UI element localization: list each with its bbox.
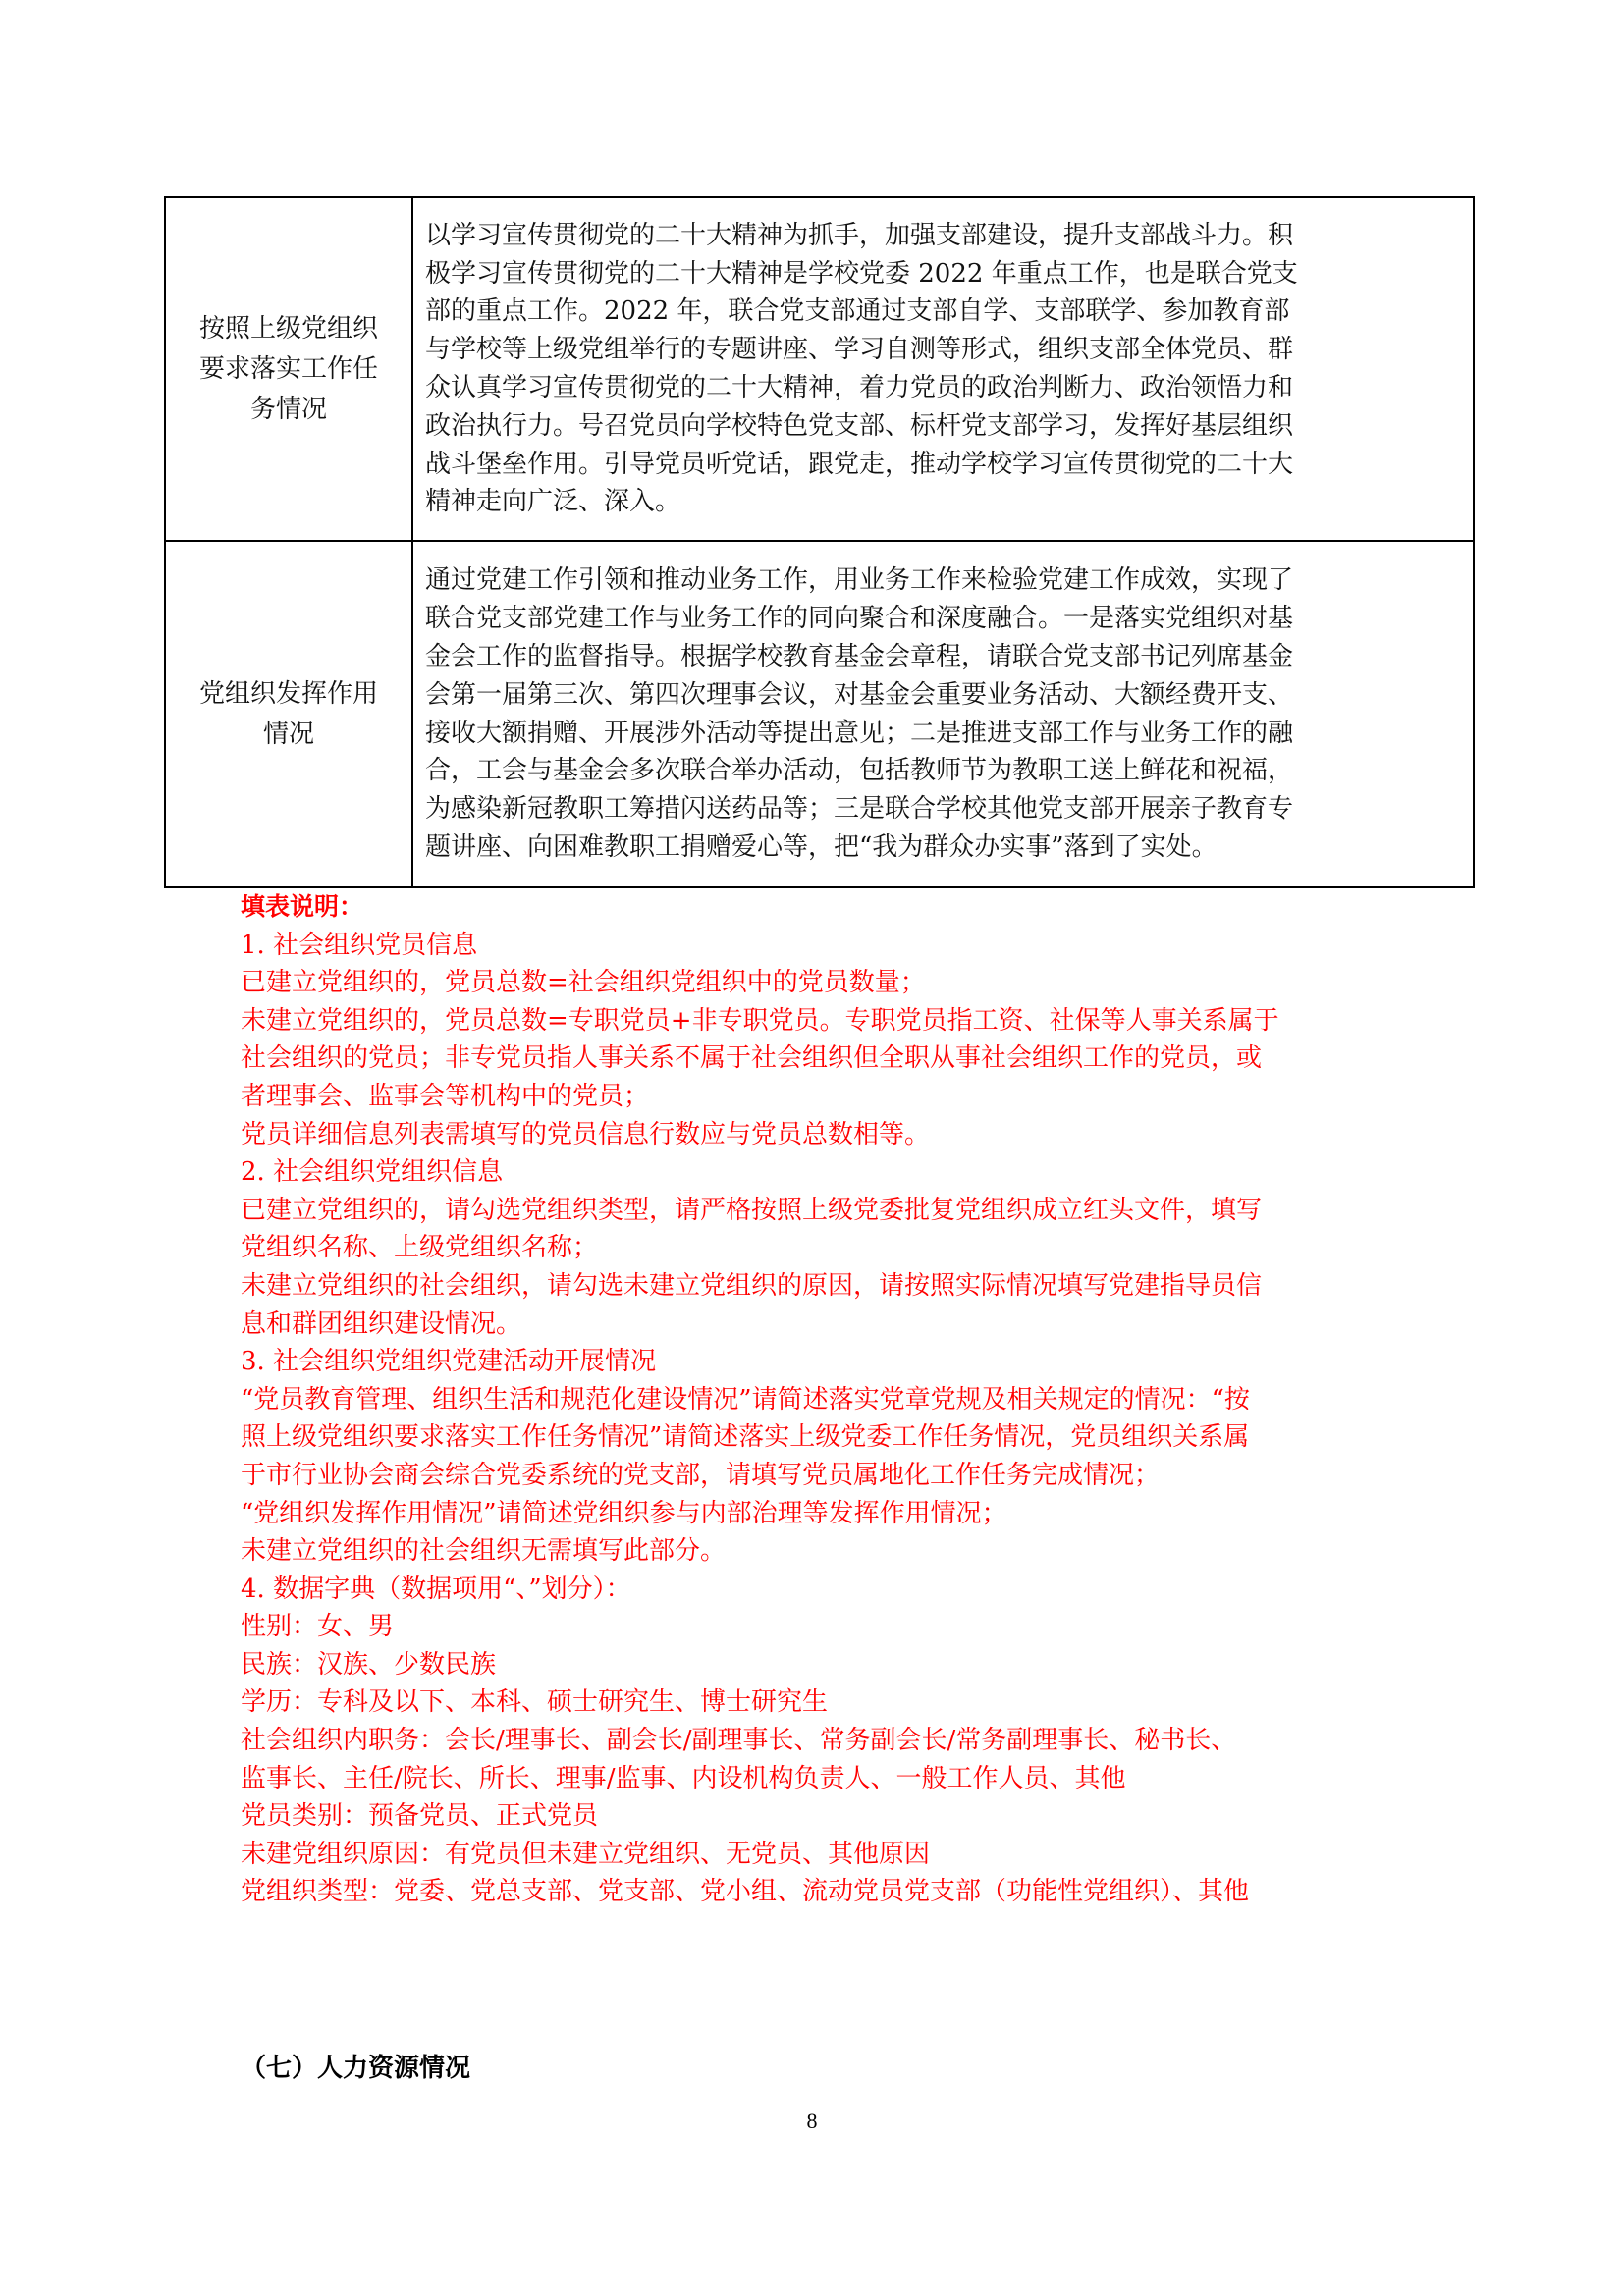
content-line: 题讲座、向困难教职工捐赠爱心等，把“我为群众办实事”落到了实处。 bbox=[425, 828, 1459, 867]
content-line: 通过党建工作引领和推动业务工作，用业务工作来检验党建工作成效，实现了 bbox=[425, 561, 1459, 600]
table-row-task-implementation: 按照上级党组织 要求落实工作任 务情况 以学习宣传贯彻党的二十大精神为抓手，加强… bbox=[165, 197, 1474, 541]
instruction-line: 未建立党组织的社会组织无需填写此部分。 bbox=[241, 1532, 1468, 1571]
instruction-line: 未建立党组织的，党员总数=专职党员+非专职党员。专职党员指工资、社保等人事关系属… bbox=[241, 1002, 1468, 1041]
instruction-line: 学历：专科及以下、本科、硕士研究生、博士研究生 bbox=[241, 1683, 1468, 1722]
instruction-line: 性别：女、男 bbox=[241, 1608, 1468, 1646]
label-line: 要求落实工作任 bbox=[176, 349, 402, 390]
instruction-line: “党员教育管理、组织生活和规范化建设情况”请简述落实党章党规及相关规定的情况：“… bbox=[241, 1381, 1468, 1419]
row-label-party-role: 党组织发挥作用 情况 bbox=[165, 541, 412, 887]
content-line: 政治执行力。号召党员向学校特色党支部、标杆党支部学习，发挥好基层组织 bbox=[425, 407, 1459, 446]
instruction-line: 社会组织的党员；非专党员指人事关系不属于社会组织但全职从事社会组织工作的党员，或 bbox=[241, 1040, 1468, 1078]
content-line: 战斗堡垒作用。引导党员听党话，跟党走，推动学校学习宣传贯彻党的二十大 bbox=[425, 446, 1459, 484]
content-line: 众认真学习宣传贯彻党的二十大精神，着力党员的政治判断力、政治领悟力和 bbox=[425, 369, 1459, 407]
page-number: 8 bbox=[0, 2109, 1624, 2134]
instruction-line: 未建党组织原因：有党员但未建立党组织、无党员、其他原因 bbox=[241, 1836, 1468, 1874]
content-line: 部的重点工作。2022 年，联合党支部通过支部自学、支部联学、参加教育部 bbox=[425, 293, 1459, 331]
instruction-line: “党组织发挥作用情况”请简述党组织参与内部治理等发挥作用情况； bbox=[241, 1495, 1468, 1533]
instructions-title: 填表说明： bbox=[241, 888, 1468, 927]
content-line: 合，工会与基金会多次联合举办活动，包括教师节为教职工送上鲜花和祝福， bbox=[425, 752, 1459, 790]
instruction-line: 已建立党组织的，党员总数=社会组织党组织中的党员数量； bbox=[241, 964, 1468, 1002]
section-heading-human-resources: （七）人力资源情况 bbox=[241, 2048, 470, 2084]
label-line: 情况 bbox=[176, 715, 402, 755]
form-instructions: 填表说明： 1. 社会组织党员信息 已建立党组织的，党员总数=社会组织党组织中的… bbox=[241, 888, 1468, 1911]
document-page: 按照上级党组织 要求落实工作任 务情况 以学习宣传贯彻党的二十大精神为抓手，加强… bbox=[0, 0, 1624, 2296]
content-line: 金会工作的监督指导。根据学校教育基金会章程，请联合党支部书记列席基金 bbox=[425, 638, 1459, 676]
row-content-party-role: 通过党建工作引领和推动业务工作，用业务工作来检验党建工作成效，实现了 联合党支部… bbox=[412, 541, 1474, 887]
instruction-line: 4. 数据字典（数据项用“、”划分）： bbox=[241, 1571, 1468, 1609]
instruction-line: 党组织类型：党委、党总支部、党支部、党小组、流动党员党支部（功能性党组织）、其他 bbox=[241, 1873, 1468, 1911]
instruction-line: 于市行业协会商会综合党委系统的党支部，请填写党员属地化工作任务完成情况； bbox=[241, 1457, 1468, 1495]
instruction-line: 者理事会、监事会等机构中的党员； bbox=[241, 1078, 1468, 1116]
content-line: 联合党支部党建工作与业务工作的同向聚合和深度融合。一是落实党组织对基 bbox=[425, 600, 1459, 638]
content-line: 为感染新冠教职工筹措闪送药品等；三是联合学校其他党支部开展亲子教育专 bbox=[425, 790, 1459, 828]
instruction-line: 监事长、主任/院长、所长、理事/监事、内设机构负责人、一般工作人员、其他 bbox=[241, 1760, 1468, 1798]
table-row-party-role: 党组织发挥作用 情况 通过党建工作引领和推动业务工作，用业务工作来检验党建工作成… bbox=[165, 541, 1474, 887]
label-line: 务情况 bbox=[176, 390, 402, 430]
content-line: 接收大额捐赠、开展涉外活动等提出意见；二是推进支部工作与业务工作的融 bbox=[425, 715, 1459, 753]
instruction-line: 息和群团组织建设情况。 bbox=[241, 1306, 1468, 1344]
content-line: 与学校等上级党组举行的专题讲座、学习自测等形式，组织支部全体党员、群 bbox=[425, 331, 1459, 369]
content-line: 会第一届第三次、第四次理事会议，对基金会重要业务活动、大额经费开支、 bbox=[425, 676, 1459, 715]
content-line: 以学习宣传贯彻党的二十大精神为抓手，加强支部建设，提升支部战斗力。积 bbox=[425, 217, 1459, 255]
instruction-line: 民族：汉族、少数民族 bbox=[241, 1646, 1468, 1684]
label-line: 党组织发挥作用 bbox=[176, 674, 402, 715]
party-activity-table: 按照上级党组织 要求落实工作任 务情况 以学习宣传贯彻党的二十大精神为抓手，加强… bbox=[164, 196, 1475, 888]
instruction-line: 未建立党组织的社会组织，请勾选未建立党组织的原因，请按照实际情况填写党建指导员信 bbox=[241, 1267, 1468, 1306]
instruction-line: 社会组织内职务：会长/理事长、副会长/副理事长、常务副会长/常务副理事长、秘书长… bbox=[241, 1722, 1468, 1760]
label-line: 按照上级党组织 bbox=[176, 309, 402, 349]
instruction-line: 党员详细信息列表需填写的党员信息行数应与党员总数相等。 bbox=[241, 1116, 1468, 1154]
instruction-line: 党组织名称、上级党组织名称； bbox=[241, 1229, 1468, 1267]
instruction-line: 党员类别：预备党员、正式党员 bbox=[241, 1797, 1468, 1836]
instruction-line: 已建立党组织的，请勾选党组织类型，请严格按照上级党委批复党组织成立红头文件，填写 bbox=[241, 1192, 1468, 1230]
instruction-line: 3. 社会组织党组织党建活动开展情况 bbox=[241, 1343, 1468, 1381]
content-line: 极学习宣传贯彻党的二十大精神是学校党委 2022 年重点工作，也是联合党支 bbox=[425, 255, 1459, 294]
instruction-line: 2. 社会组织党组织信息 bbox=[241, 1153, 1468, 1192]
instruction-line: 1. 社会组织党员信息 bbox=[241, 927, 1468, 965]
row-label-task-implementation: 按照上级党组织 要求落实工作任 务情况 bbox=[165, 197, 412, 541]
row-content-task-implementation: 以学习宣传贯彻党的二十大精神为抓手，加强支部建设，提升支部战斗力。积 极学习宣传… bbox=[412, 197, 1474, 541]
content-line: 精神走向广泛、深入。 bbox=[425, 483, 1459, 521]
instruction-line: 照上级党组织要求落实工作任务情况”请简述落实上级党委工作任务情况，党员组织关系属 bbox=[241, 1418, 1468, 1457]
